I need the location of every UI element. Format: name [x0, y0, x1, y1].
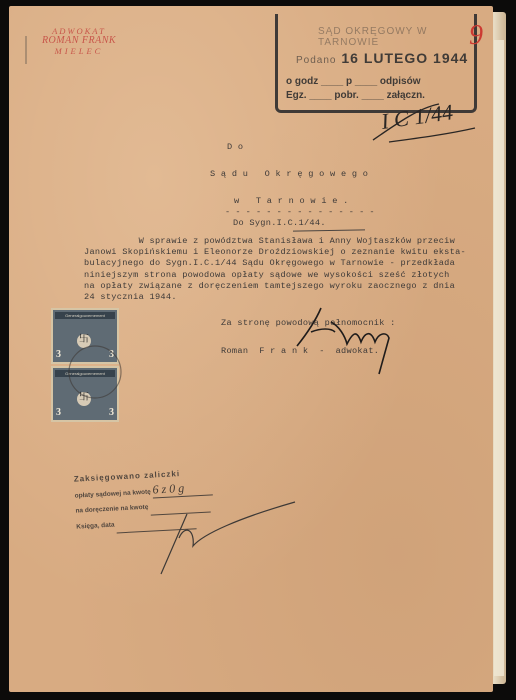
page-number-mark: 9: [469, 20, 483, 52]
body-line: niniejszym strona powodowa opłaty sądowe…: [84, 270, 466, 281]
letterhead-stamp: ADWOKAT ROMAN FRANK MIELEC: [29, 26, 129, 56]
fee-initials-signature: [159, 494, 299, 580]
body-line: na opłaty związane z doręczeniem tamtejs…: [84, 281, 466, 292]
stamp-value: 3: [56, 407, 61, 418]
pencil-mark: [25, 36, 27, 64]
address-to: D o: [227, 142, 243, 153]
body-line: bulacyjnego do Sygn.I.C.1/44 Sądu Okręgo…: [84, 258, 466, 269]
letterhead-city: MIELEC: [29, 46, 129, 56]
stamp-office: SĄD OKRĘGOWY W TARNOWIE: [318, 26, 474, 48]
stamp-date-prefix: Podano: [296, 55, 336, 66]
body-paragraph: W sprawie z powództwa Stanisława i Anny …: [84, 236, 466, 303]
court-received-stamp: SĄD OKRĘGOWY W TARNOWIE Podano 16 LUTEGO…: [275, 14, 477, 113]
body-line: W sprawie z powództwa Stanisława i Anny …: [84, 236, 466, 247]
stamp-row-hours: o godz ____ p ____ odpisów: [286, 76, 420, 87]
stamp-date: Podano 16 LUTEGO 1944: [296, 50, 468, 66]
reference-underline: [293, 229, 365, 231]
letterhead-name: ROMAN FRANK: [29, 36, 129, 46]
body-line: Janowi Skopińskiemu i Eleonorze Droździo…: [84, 247, 466, 258]
handwritten-signature: [291, 302, 401, 378]
stamp-date-value: 16 LUTEGO 1944: [341, 50, 468, 66]
case-reference: Do Sygn.I.C.1/44.: [233, 218, 326, 229]
underlying-page-edge: [494, 40, 504, 676]
handwritten-flourish: [369, 102, 479, 146]
cancellation-postmark: [65, 336, 125, 406]
body-line: 24 stycznia 1944.: [84, 292, 466, 303]
address-city: w T a r n o w i e .: [234, 196, 349, 207]
address-separator: - - - - - - - - - - - - - - -: [225, 207, 375, 218]
address-court: S ą d u O k r ę g o w e g o: [210, 169, 368, 180]
document-page: ADWOKAT ROMAN FRANK MIELEC SĄD OKRĘGOWY …: [9, 6, 493, 692]
stamp-value: 3: [109, 407, 114, 418]
stamp-issuer: Generalgouvernement: [55, 312, 115, 319]
stamp-value: 3: [56, 349, 61, 360]
stamp-row-copies: Egz. ____ pobr. ____ załączn.: [286, 90, 425, 101]
